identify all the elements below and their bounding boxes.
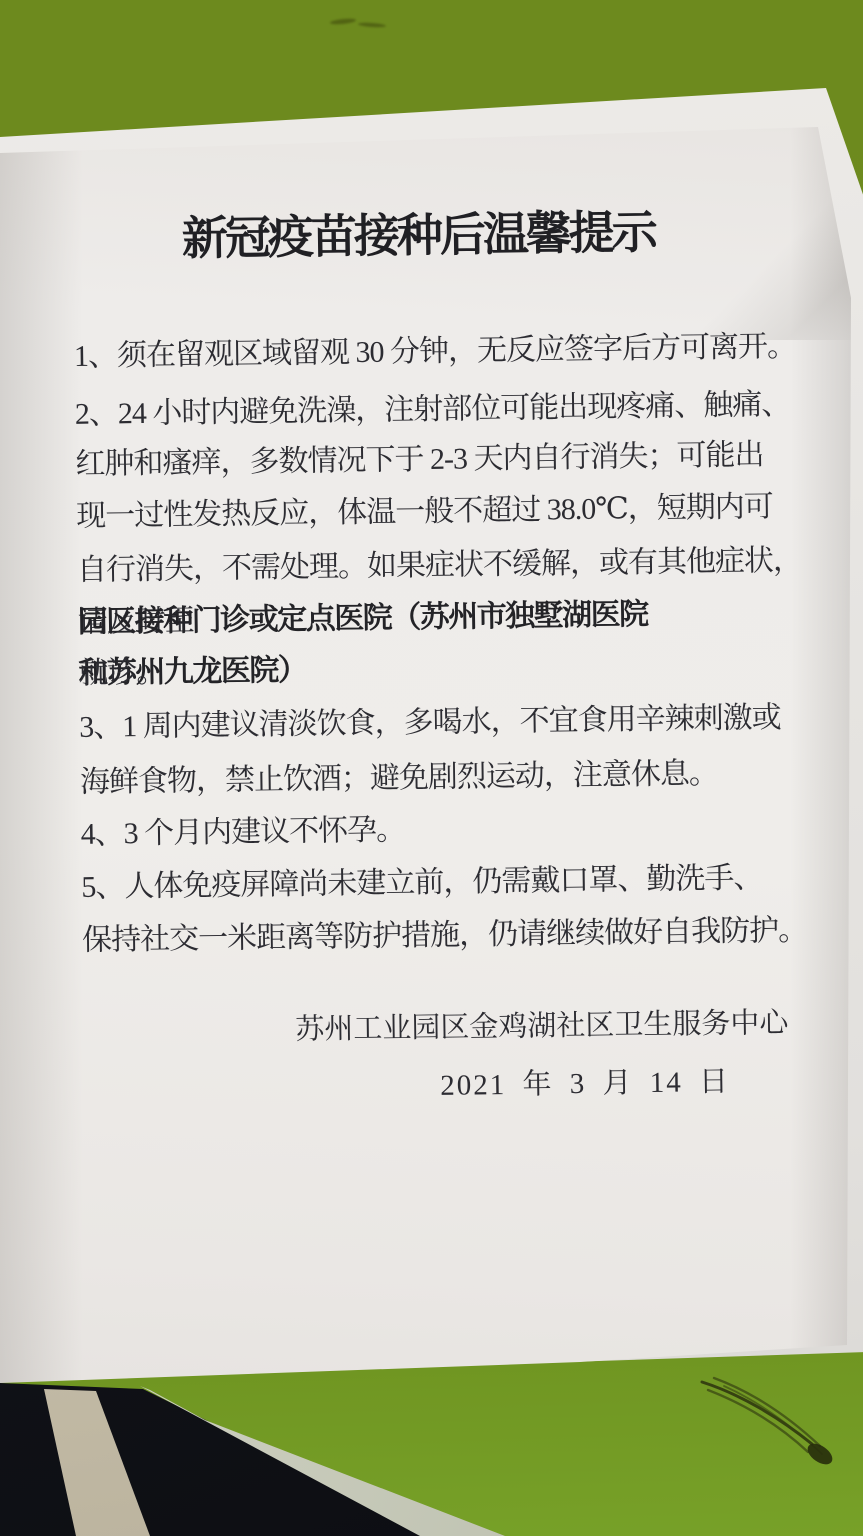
document-line-segment: 红肿和瘙痒，多数情况下于 2-3 天内自行消失；可能出 [75, 436, 763, 484]
document-line-segment: 4、3 个月内建议不怀孕。 [80, 811, 405, 854]
document-line: 2、24 小时内避免洗澡，注射部位可能出现疼痛、触痛、 [75, 385, 835, 396]
document-line-segment: 2、24 小时内避免洗澡，注射部位可能出现疼痛、触痛、 [75, 386, 791, 434]
document-line: 和苏州九龙医院）就诊。 [78, 644, 838, 655]
document-line: 1、须在留观区域留观 30 分钟，无反应签字后方可离开。 [74, 327, 834, 338]
signature-line: 苏州工业园区金鸡湖社区卫生服务中心 [295, 1003, 789, 1050]
notice-body: 1、须在留观区域留观 30 分钟，无反应签字后方可离开。2、24 小时内避免洗澡… [0, 0, 863, 1536]
document-line: 3、1 周内建议清淡饮食，多喝水，不宜食用辛辣刺激或 [79, 698, 839, 709]
document-line-segment: 就诊。 [78, 654, 166, 693]
document-line: 请及时至园区接种门诊或定点医院（苏州市独墅湖医院 [77, 593, 837, 604]
document-line: 海鲜食物，禁止饮酒；避免剧烈运动，注意休息。 [80, 753, 840, 764]
document-line: 红肿和瘙痒，多数情况下于 2-3 天内自行消失；可能出 [75, 435, 835, 446]
document-line-segment: 自行消失，不需处理。如果症状不缓解，或有其他症状， [77, 542, 802, 590]
document-line: 保持社交一米距离等防护措施，仍请继续做好自我防护。 [82, 911, 842, 922]
document-line-segment: 海鲜食物，禁止饮酒；避免剧烈运动，注意休息。 [80, 755, 718, 802]
document-line-segment: 保持社交一米距离等防护措施，仍请继续做好自我防护。 [82, 912, 807, 960]
document-line: 4、3 个月内建议不怀孕。 [80, 805, 840, 816]
document-line-bold-segment: 园区接种门诊或定点医院（苏州市独墅湖医院 [77, 596, 647, 642]
document-line-segment: 5、人体免疫屏障尚未建立前，仍需戴口罩、勤洗手、 [81, 859, 762, 907]
document-line-segment: 现一过性发热反应，体温一般不超过 38.0℃，短期内可 [76, 488, 773, 536]
document-line-segment: 1、须在留观区域留观 30 分钟，无反应签字后方可离开。 [74, 328, 796, 376]
date-line: 2021 年 3 月 14 日 [440, 1062, 730, 1106]
photo-scene: 新冠疫苗接种后温馨提示 1、须在留观区域留观 30 分钟，无反应签字后方可离开。… [0, 0, 863, 1536]
document-line: 自行消失，不需处理。如果症状不缓解，或有其他症状， [77, 541, 837, 552]
notice-content: 新冠疫苗接种后温馨提示 1、须在留观区域留观 30 分钟，无反应签字后方可离开。… [0, 0, 863, 1536]
document-line: 现一过性发热反应，体温一般不超过 38.0℃，短期内可 [76, 487, 836, 498]
document-line: 5、人体免疫屏障尚未建立前，仍需戴口罩、勤洗手、 [81, 858, 841, 869]
document-line-segment: 3、1 周内建议清淡饮食，多喝水，不宜食用辛辣刺激或 [79, 699, 781, 747]
